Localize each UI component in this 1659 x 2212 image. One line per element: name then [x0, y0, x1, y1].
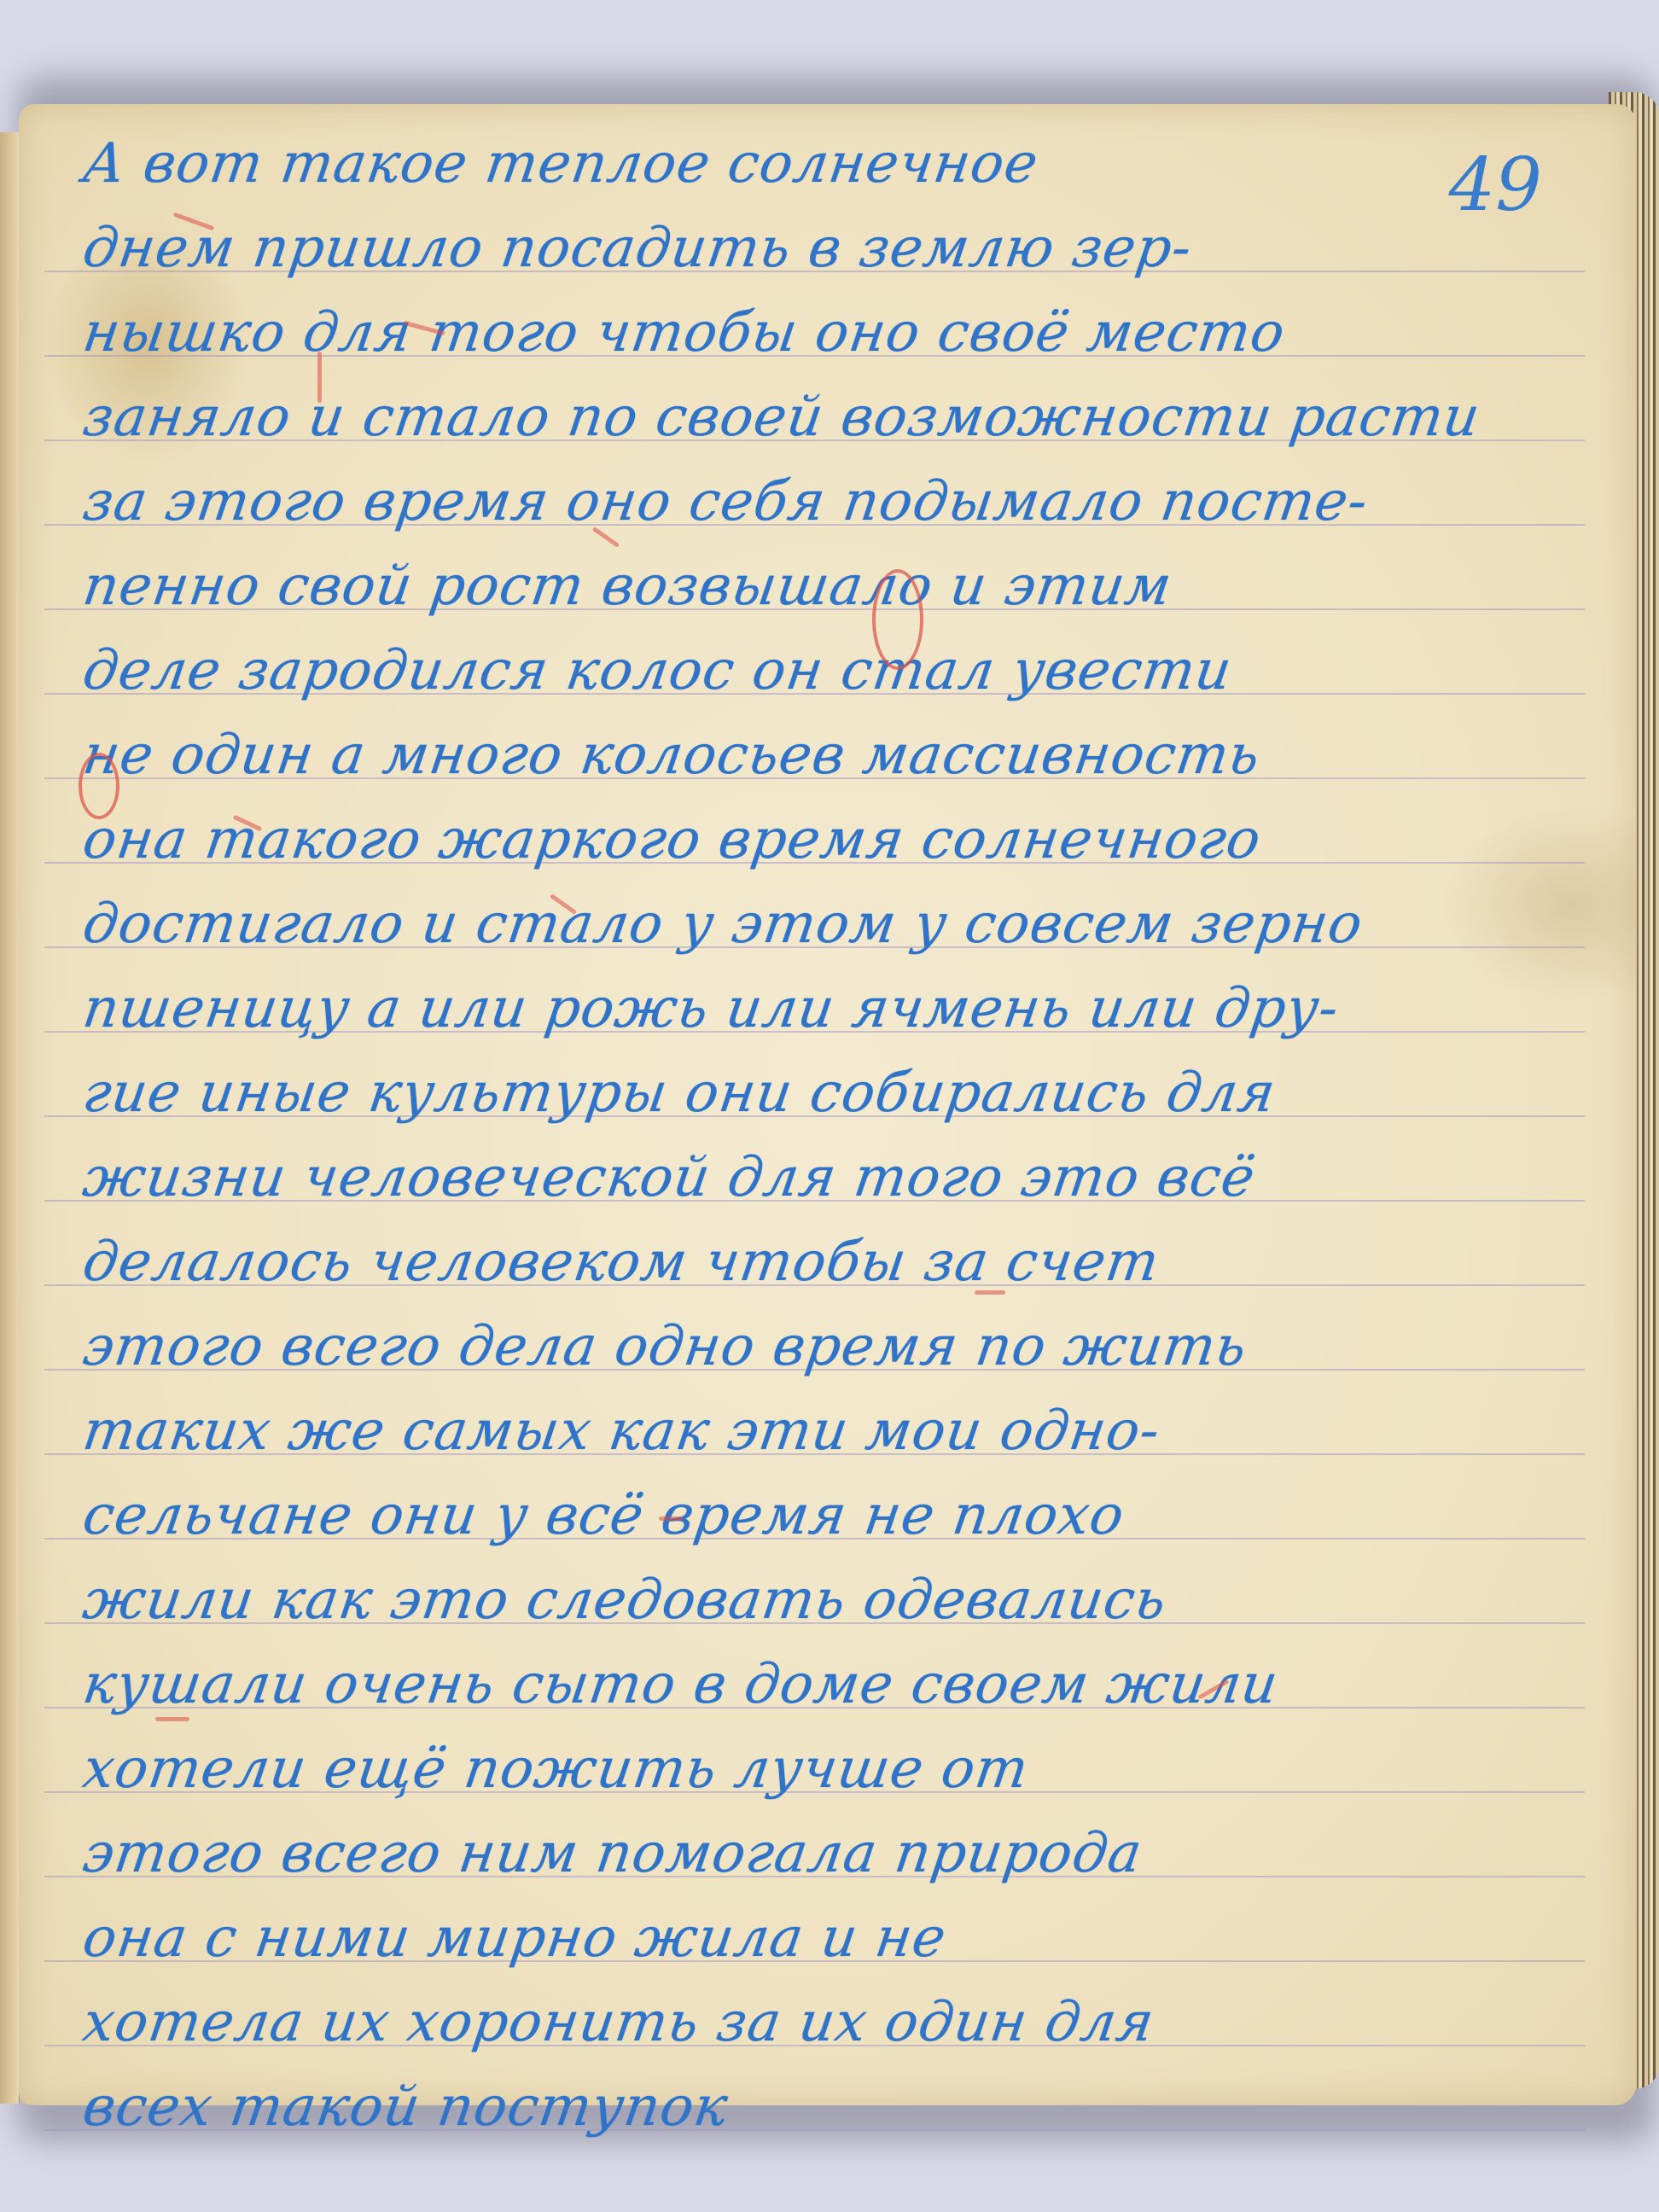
handwritten-line: таких же самых как эти мои одно-: [79, 1395, 1540, 1467]
handwritten-line: не один а много колосьев массивность: [79, 719, 1540, 791]
handwritten-line: она такого жаркого время солнечного: [79, 804, 1540, 876]
handwritten-line: заняло и стало по своей возможности раст…: [79, 381, 1540, 453]
handwritten-line: кушали очень сыто в доме своем жили: [79, 1649, 1540, 1720]
handwritten-line: жили как это следовать одевались: [79, 1564, 1540, 1636]
previous-page-edge: [0, 132, 20, 2104]
handwritten-line: сельчане они у всё время не плохо: [79, 1480, 1540, 1551]
red-correction-mark: [659, 1516, 683, 1521]
handwritten-line: достигало и стало у этом у совсем зерно: [79, 888, 1540, 960]
handwritten-text: А вот такое теплое солнечноеднем пришло …: [79, 128, 1529, 2156]
notebook-page: 49 А вот такое теплое солнечноеднем приш…: [19, 104, 1636, 2105]
red-correction-circle: [872, 569, 923, 670]
handwritten-line: А вот такое теплое солнечное: [79, 128, 1540, 200]
handwritten-line: хотели ещё пожить лучше от: [79, 1733, 1540, 1805]
handwritten-line: гие иные культуры они собирались для: [79, 1057, 1540, 1129]
handwritten-line: жизни человеческой для того это всё: [79, 1142, 1540, 1214]
handwritten-line: нышко для того чтобы оно своё место: [79, 297, 1540, 369]
handwritten-line: этого всего дела одно время по жить: [79, 1311, 1540, 1382]
handwritten-line: пенно свой рост возвышало и этим: [79, 550, 1540, 622]
handwritten-line: пшеницу а или рожь или ячмень или дру-: [79, 973, 1540, 1045]
handwritten-line: всех такой поступок: [79, 2071, 1540, 2143]
handwritten-line: хотела их хоронить за их один для: [79, 1987, 1540, 2058]
handwritten-line: этого всего ним помогала природа: [79, 1818, 1540, 1889]
red-correction-mark: [317, 352, 322, 403]
handwritten-line: делалось человеком чтобы за счет: [79, 1226, 1540, 1298]
red-correction-mark: [155, 1717, 189, 1721]
red-correction-circle: [79, 753, 119, 819]
handwritten-line: она с ними мирно жила и не: [79, 1902, 1540, 1974]
red-correction-mark: [975, 1290, 1005, 1295]
handwritten-line: днем пришло посадить в землю зер-: [79, 212, 1540, 284]
handwritten-line: за этого время оно себя подымало посте-: [79, 466, 1540, 538]
handwritten-line: деле зародился колос он стал увести: [79, 635, 1540, 707]
